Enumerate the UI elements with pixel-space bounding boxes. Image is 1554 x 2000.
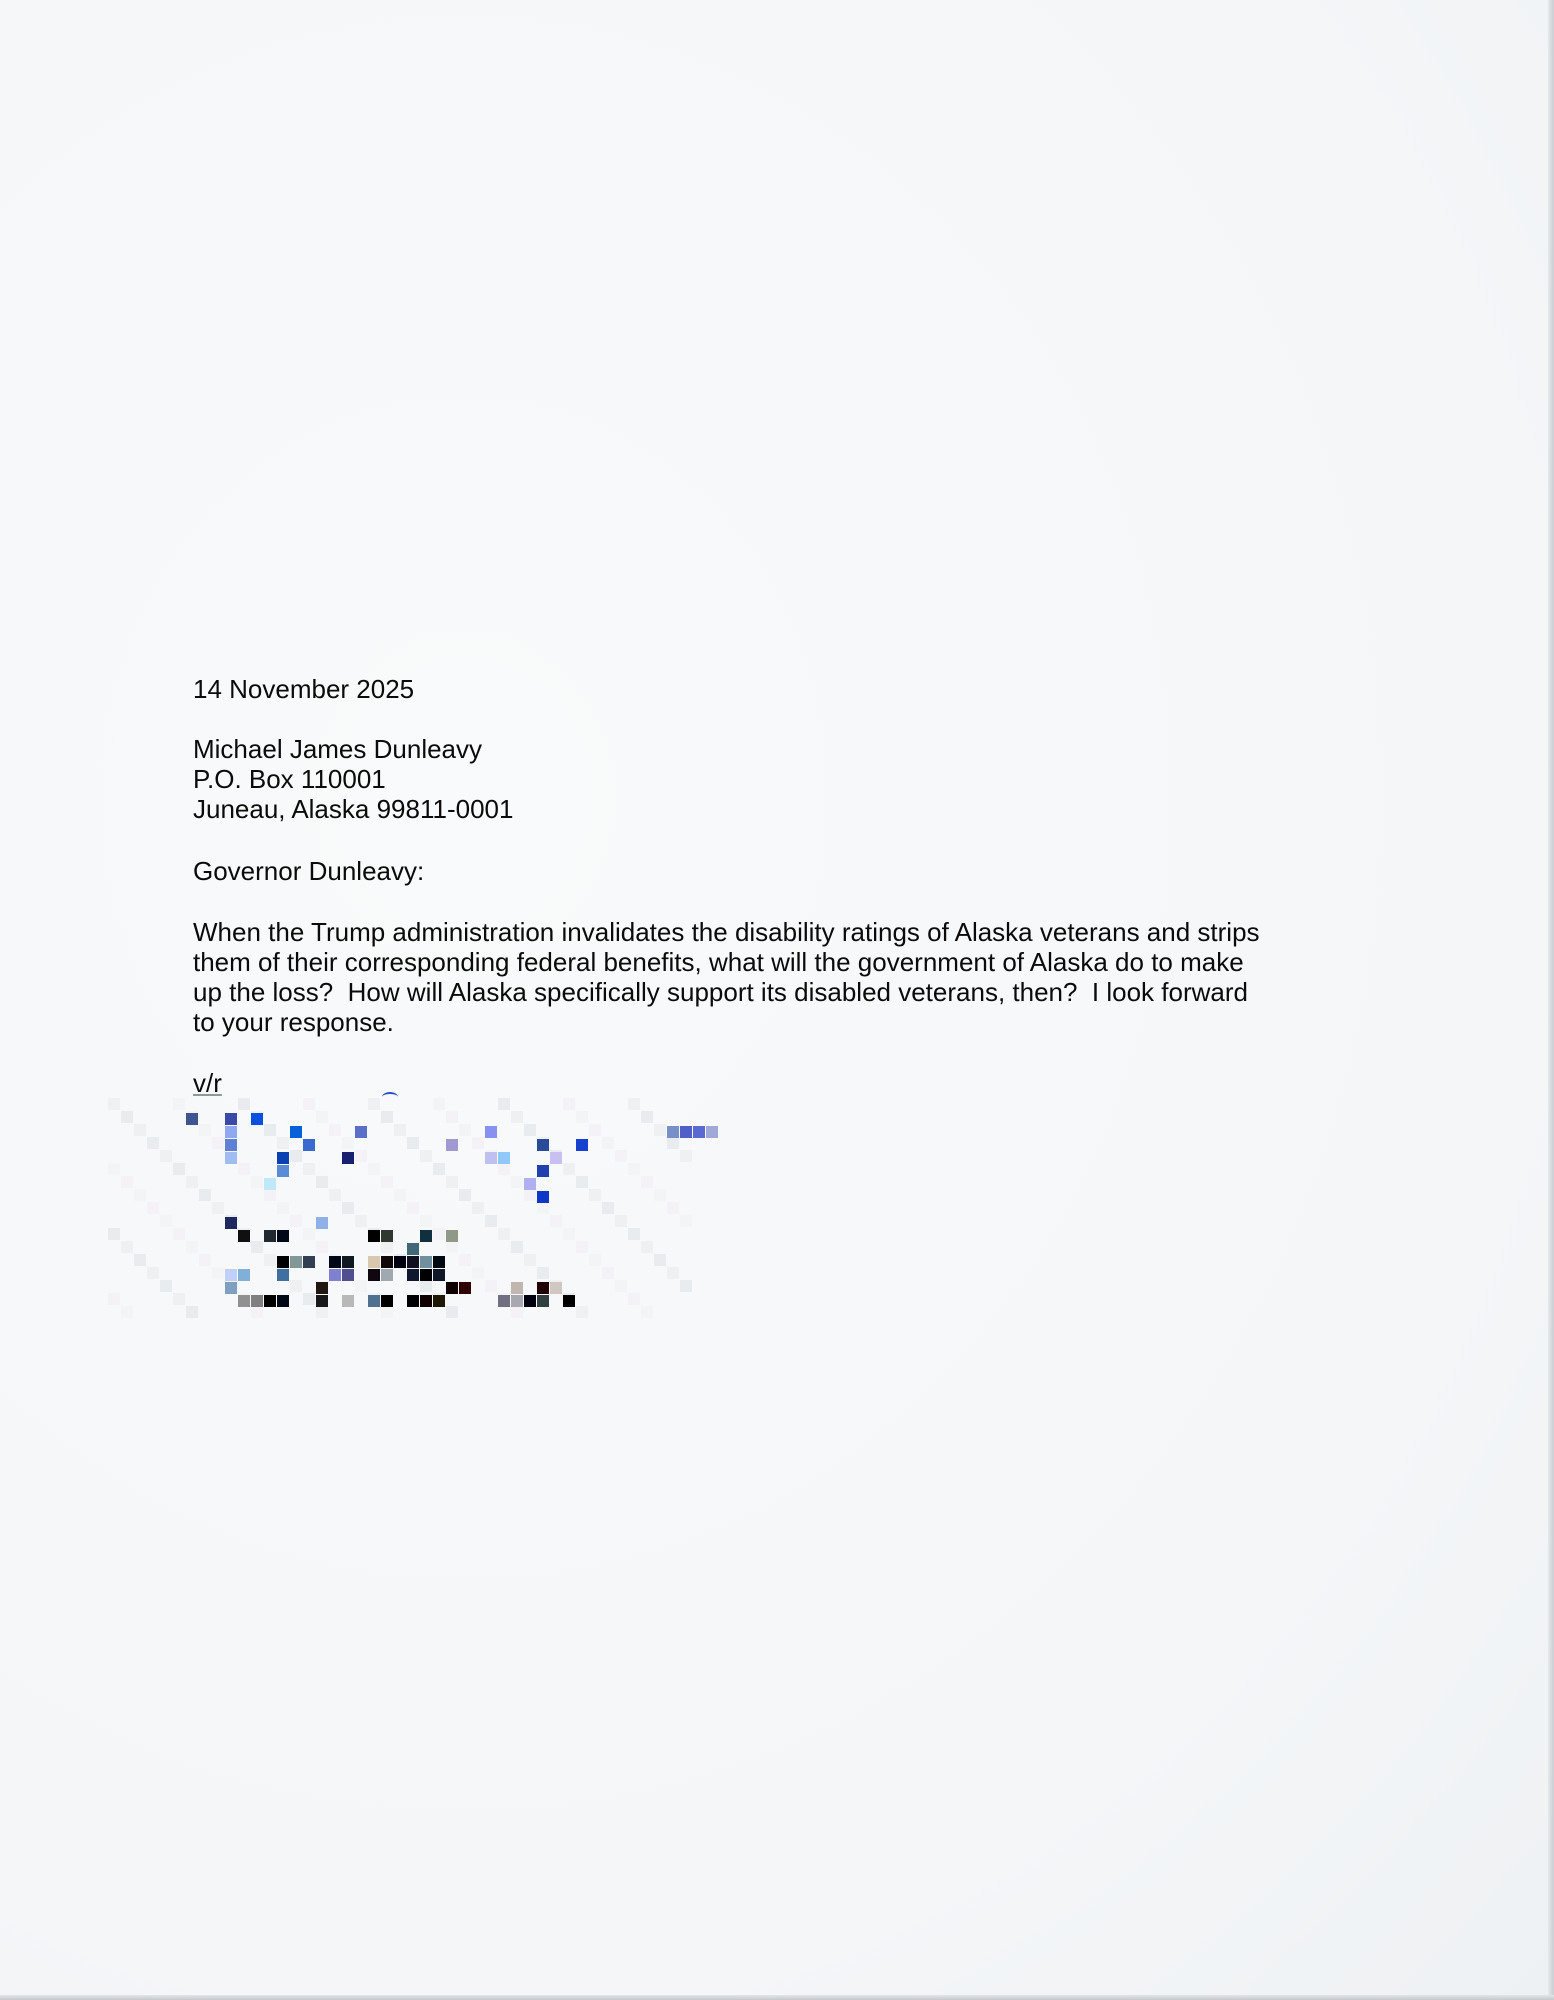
redaction-pixel (251, 1241, 263, 1253)
redaction-pixel (511, 1295, 523, 1307)
redaction-pixel (225, 1139, 237, 1151)
redaction-pixel (251, 1113, 263, 1125)
redaction-pixel (290, 1280, 302, 1292)
redaction-pixel (121, 1176, 133, 1188)
redaction-pixel (108, 1228, 120, 1240)
redaction-pixel (576, 1306, 588, 1318)
redaction-pixel (615, 1150, 627, 1162)
redaction-pixel (680, 1126, 692, 1138)
redaction-pixel (524, 1178, 536, 1190)
redaction-pixel (381, 1111, 393, 1123)
redaction-pixel (212, 1202, 224, 1214)
redaction-pixel (433, 1163, 445, 1175)
redaction-pixel (433, 1098, 445, 1110)
redaction-pixel (498, 1152, 510, 1164)
redaction-pixel (225, 1113, 237, 1125)
redaction-pixel (264, 1254, 276, 1266)
redaction-pixel (368, 1256, 380, 1268)
letter-date: 14 November 2025 (193, 674, 414, 704)
redaction-pixel (342, 1295, 354, 1307)
redaction-pixel (420, 1215, 432, 1227)
redaction-pixel (277, 1202, 289, 1214)
redaction-pixel (290, 1150, 302, 1162)
redaction-pixel (589, 1254, 601, 1266)
redaction-pixel (199, 1124, 211, 1136)
redaction-pixel (420, 1280, 432, 1292)
redaction-pixel (550, 1215, 562, 1227)
redaction-pixel (329, 1256, 341, 1268)
redaction-pixel (173, 1228, 185, 1240)
redaction-pixel (368, 1098, 380, 1110)
redaction-pixel (134, 1254, 146, 1266)
redaction-pixel (290, 1215, 302, 1227)
redaction-pixel (459, 1124, 471, 1136)
redaction-pixel (537, 1267, 549, 1279)
redaction-pixel (407, 1243, 419, 1255)
redaction-pixel (472, 1202, 484, 1214)
redaction-pixel (329, 1269, 341, 1281)
redaction-pixel (446, 1139, 458, 1151)
redaction-pixel (303, 1098, 315, 1110)
redaction-pixel (147, 1137, 159, 1149)
redaction-pixel (511, 1241, 523, 1253)
redaction-pixel (355, 1280, 367, 1292)
redaction-pixel (238, 1269, 250, 1281)
redaction-pixel (628, 1228, 640, 1240)
redaction-pixel (316, 1295, 328, 1307)
redaction-pixel (173, 1293, 185, 1305)
redaction-pixel (511, 1111, 523, 1123)
redaction-pixel (420, 1150, 432, 1162)
salutation: Governor Dunleavy: (193, 856, 424, 886)
redaction-pixel (212, 1137, 224, 1149)
redaction-pixel (667, 1126, 679, 1138)
redaction-pixel (238, 1295, 250, 1307)
redaction-pixel (420, 1295, 432, 1307)
redaction-pixel (316, 1306, 328, 1318)
redaction-pixel (251, 1306, 263, 1318)
redaction-pixel (381, 1306, 393, 1318)
redaction-pixel (511, 1282, 523, 1294)
redaction-pixel (186, 1306, 198, 1318)
redaction-pixel (511, 1176, 523, 1188)
redaction-pixel (381, 1256, 393, 1268)
redaction-pixel (407, 1256, 419, 1268)
redaction-pixel (199, 1254, 211, 1266)
redaction-pixel (290, 1256, 302, 1268)
redaction-pixel (628, 1293, 640, 1305)
redaction-pixel (524, 1254, 536, 1266)
redaction-pixel (459, 1189, 471, 1201)
redaction-pixel (225, 1217, 237, 1229)
redaction-pixel (628, 1163, 640, 1175)
redaction-pixel (498, 1098, 510, 1110)
redaction-pixel (264, 1124, 276, 1136)
redaction-pixel (446, 1282, 458, 1294)
redaction-pixel (420, 1230, 432, 1242)
redaction-pixel (225, 1269, 237, 1281)
redaction-pixel (355, 1126, 367, 1138)
redaction-pixel (329, 1189, 341, 1201)
redaction-pixel (498, 1295, 510, 1307)
redaction-pixel (186, 1113, 198, 1125)
redaction-pixel (498, 1163, 510, 1175)
redaction-pixel (628, 1098, 640, 1110)
redaction-pixel (186, 1176, 198, 1188)
redaction-pixel (342, 1256, 354, 1268)
body-line: When the Trump administration invalidate… (193, 917, 1373, 947)
redaction-pixel (446, 1306, 458, 1318)
redaction-pixel (264, 1189, 276, 1201)
redaction-pixel (446, 1230, 458, 1242)
redaction-pixel (355, 1215, 367, 1227)
scan-edge-bottom (0, 1995, 1554, 2000)
closing-text: v/r (193, 1068, 222, 1098)
redaction-pixel (134, 1189, 146, 1201)
redaction-pixel (368, 1230, 380, 1242)
redaction-pixel (407, 1269, 419, 1281)
redaction-pixel (394, 1189, 406, 1201)
redaction-pixel (511, 1306, 523, 1318)
redaction-pixel (667, 1267, 679, 1279)
redaction-pixel (173, 1163, 185, 1175)
redaction-pixel (524, 1295, 536, 1307)
redaction-pixel (615, 1280, 627, 1292)
redaction-pixel (277, 1269, 289, 1281)
redaction-pixel (576, 1139, 588, 1151)
redaction-pixel (485, 1215, 497, 1227)
redaction-pixel (342, 1202, 354, 1214)
redaction-pixel (342, 1152, 354, 1164)
redaction-pixel (680, 1280, 692, 1292)
redaction-pixel (537, 1282, 549, 1294)
redaction-pixel (212, 1267, 224, 1279)
redaction-pixel (459, 1254, 471, 1266)
redaction-pixel (693, 1126, 705, 1138)
body-line: up the loss? How will Alaska specificall… (193, 977, 1373, 1007)
redaction-pixel (368, 1163, 380, 1175)
redaction-pixel (147, 1202, 159, 1214)
redaction-pixel (277, 1230, 289, 1242)
redaction-pixel (420, 1269, 432, 1281)
redaction-pixel (316, 1217, 328, 1229)
redaction-pixel (407, 1295, 419, 1307)
redaction-pixel (225, 1282, 237, 1294)
redaction-pixel (602, 1202, 614, 1214)
redaction-pixel (641, 1176, 653, 1188)
redaction-pixel (303, 1228, 315, 1240)
redaction-pixel (316, 1282, 328, 1294)
redaction-pixel (199, 1189, 211, 1201)
redaction-pixel (485, 1152, 497, 1164)
redaction-pixel (342, 1269, 354, 1281)
redaction-pixel (108, 1163, 120, 1175)
redaction-pixel (277, 1295, 289, 1307)
redaction-pixel (563, 1098, 575, 1110)
redaction-pixel (654, 1189, 666, 1201)
redaction-pixel (108, 1098, 120, 1110)
redaction-pixel (667, 1202, 679, 1214)
redaction-pixel (316, 1241, 328, 1253)
redaction-pixel (147, 1267, 159, 1279)
redaction-pixel (550, 1152, 562, 1164)
redaction-pixel (277, 1165, 289, 1177)
redaction-pixel (251, 1176, 263, 1188)
redaction-pixel (264, 1230, 276, 1242)
redaction-pixel (498, 1228, 510, 1240)
redaction-pixel (433, 1269, 445, 1281)
redaction-pixel (160, 1280, 172, 1292)
redaction-pixel (264, 1295, 276, 1307)
redaction-pixel (121, 1111, 133, 1123)
redaction-pixel (407, 1202, 419, 1214)
closing: v/r (193, 1068, 222, 1098)
redaction-pixel (433, 1228, 445, 1240)
redaction-pixel (121, 1241, 133, 1253)
redaction-pixel (472, 1137, 484, 1149)
redaction-pixel (615, 1215, 627, 1227)
redaction-pixel (459, 1282, 471, 1294)
recipient-name: Michael James Dunleavy (193, 734, 513, 764)
redaction-pixel (394, 1124, 406, 1136)
redaction-pixel (342, 1137, 354, 1149)
redaction-pixel (472, 1267, 484, 1279)
redaction-pixel (537, 1295, 549, 1307)
redaction-pixel (186, 1241, 198, 1253)
redaction-pixel (303, 1256, 315, 1268)
redaction-pixel (368, 1269, 380, 1281)
redaction-pixel (485, 1280, 497, 1292)
redaction-pixel (576, 1176, 588, 1188)
redaction-pixel (160, 1215, 172, 1227)
redaction-pixel (381, 1241, 393, 1253)
redaction-pixel (264, 1178, 276, 1190)
redaction-pixel (667, 1137, 679, 1149)
redaction-pixel (225, 1126, 237, 1138)
redaction-pixel (433, 1295, 445, 1307)
redaction-pixel (446, 1111, 458, 1123)
redaction-pixel (537, 1202, 549, 1214)
redaction-pixel (641, 1111, 653, 1123)
redaction-pixel (303, 1139, 315, 1151)
recipient-address-line2: Juneau, Alaska 99811-0001 (193, 794, 513, 824)
redaction-pixel (368, 1295, 380, 1307)
redaction-pixel (537, 1165, 549, 1177)
redaction-pixel (251, 1295, 263, 1307)
redaction-pixel (680, 1150, 692, 1162)
redaction-pixel (225, 1152, 237, 1164)
redaction-pixel (160, 1150, 172, 1162)
recipient-address-line1: P.O. Box 110001 (193, 764, 513, 794)
body-line: to your response. (193, 1007, 1373, 1037)
redaction-pixel (641, 1306, 653, 1318)
redaction-pixel (706, 1126, 718, 1138)
redaction-pixel (524, 1189, 536, 1201)
recipient-address: Michael James DunleavyP.O. Box 110001Jun… (193, 734, 513, 824)
redaction-pixel (290, 1126, 302, 1138)
redaction-pixel (537, 1191, 549, 1203)
redaction-pixel (134, 1124, 146, 1136)
redaction-pixel (589, 1124, 601, 1136)
redaction-pixel (446, 1176, 458, 1188)
redacted-signature-block (108, 1098, 690, 1320)
redaction-pixel (381, 1269, 393, 1281)
redaction-pixel (563, 1163, 575, 1175)
redaction-pixel (407, 1137, 419, 1149)
redaction-pixel (329, 1124, 341, 1136)
redaction-pixel (446, 1241, 458, 1253)
redaction-pixel (602, 1137, 614, 1149)
redaction-pixel (589, 1189, 601, 1201)
redaction-pixel (238, 1163, 250, 1175)
redaction-pixel (563, 1228, 575, 1240)
redaction-pixel (121, 1306, 133, 1318)
redaction-pixel (576, 1241, 588, 1253)
redaction-pixel (238, 1098, 250, 1110)
redaction-pixel (303, 1293, 315, 1305)
redaction-pixel (355, 1150, 367, 1162)
redaction-pixel (485, 1126, 497, 1138)
redaction-pixel (420, 1256, 432, 1268)
redaction-pixel (108, 1293, 120, 1305)
body-line: them of their corresponding federal bene… (193, 947, 1373, 977)
redaction-pixel (173, 1098, 185, 1110)
redaction-pixel (433, 1256, 445, 1268)
redaction-pixel (303, 1163, 315, 1175)
redaction-pixel (654, 1254, 666, 1266)
redaction-pixel (550, 1282, 562, 1294)
redaction-pixel (641, 1241, 653, 1253)
scan-edge-right (1548, 0, 1554, 2000)
redaction-pixel (316, 1176, 328, 1188)
redaction-pixel (381, 1295, 393, 1307)
redaction-pixel (277, 1137, 289, 1149)
redaction-pixel (654, 1124, 666, 1136)
redaction-pixel (602, 1267, 614, 1279)
redaction-pixel (381, 1176, 393, 1188)
redaction-pixel (381, 1230, 393, 1242)
letter-body: When the Trump administration invalidate… (193, 917, 1373, 1037)
redaction-pixel (316, 1111, 328, 1123)
redaction-pixel (576, 1111, 588, 1123)
redaction-pixel (524, 1124, 536, 1136)
redaction-pixel (277, 1256, 289, 1268)
redaction-pixel (563, 1295, 575, 1307)
redaction-pixel (277, 1152, 289, 1164)
redaction-pixel (680, 1215, 692, 1227)
redaction-pixel (537, 1139, 549, 1151)
redaction-pixel (394, 1256, 406, 1268)
redaction-pixel (238, 1230, 250, 1242)
